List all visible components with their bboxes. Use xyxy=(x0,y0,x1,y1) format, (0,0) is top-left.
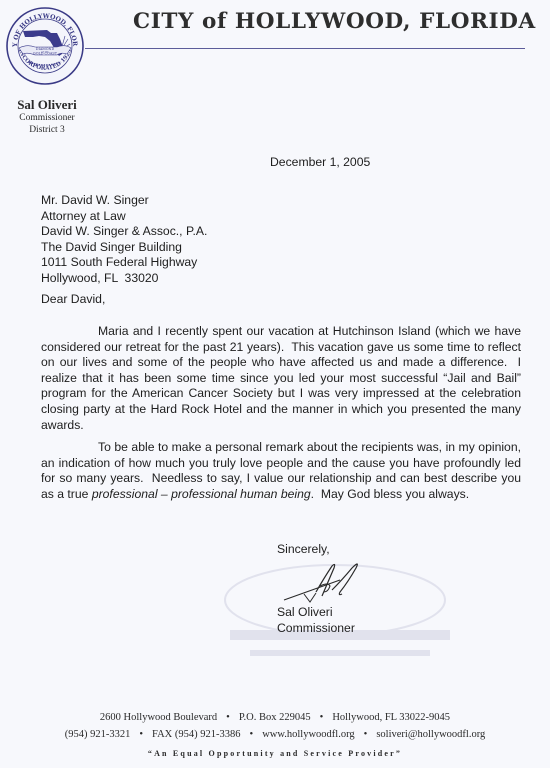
footer-street: 2600 Hollywood Boulevard xyxy=(100,712,217,723)
bullet-icon: • xyxy=(139,729,143,740)
sender-block: Sal Oliveri Commissioner District 3 xyxy=(0,97,86,136)
recipient-address: Mr. David W. Singer Attorney at Law Davi… xyxy=(41,193,207,287)
bullet-icon: • xyxy=(226,712,230,723)
footer-website[interactable]: www.hollywoodfl.org xyxy=(262,729,354,740)
footer-phone: (954) 921-3321 xyxy=(65,729,131,740)
bullet-icon: • xyxy=(364,729,368,740)
sender-title: Commissioner xyxy=(8,112,86,124)
footer-address-line: 2600 Hollywood Boulevard•P.O. Box 229045… xyxy=(0,712,550,723)
sender-district: District 3 xyxy=(8,124,86,136)
recipient-line: The David Singer Building xyxy=(41,240,207,256)
bullet-icon: • xyxy=(320,712,324,723)
recipient-line: 1011 South Federal Highway xyxy=(41,255,207,271)
city-seal-icon: CITY OF HOLLYWOOD, FLORIDA INCORPORATED … xyxy=(5,6,85,86)
letterhead-rule xyxy=(85,48,525,49)
bullet-icon: • xyxy=(250,729,254,740)
footer-email[interactable]: soliveri@hollywoodfl.org xyxy=(376,729,485,740)
signer-block: Sal Oliveri Commissioner xyxy=(277,605,355,636)
footer-contact-line: (954) 921-3321•FAX (954) 921-3386•www.ho… xyxy=(0,729,550,740)
letter-date: December 1, 2005 xyxy=(270,155,370,169)
paragraph-1: Maria and I recently spent our vacation … xyxy=(41,324,521,433)
footer-fax: FAX (954) 921-3386 xyxy=(152,729,240,740)
footer-tagline: “An Equal Opportunity and Service Provid… xyxy=(0,749,550,758)
paragraph-2-emphasis: professional – professional human being xyxy=(92,487,311,501)
recipient-line: Attorney at Law xyxy=(41,209,207,225)
signer-name: Sal Oliveri xyxy=(277,605,355,621)
sender-name: Sal Oliveri xyxy=(8,97,86,112)
paragraph-2-end: . May God bless you always. xyxy=(311,487,470,501)
footer-po-box: P.O. Box 229045 xyxy=(239,712,311,723)
footer-city: Hollywood, FL 33022-9045 xyxy=(332,712,450,723)
letterhead-title: CITY of HOLLYWOOD, FLORIDA xyxy=(133,9,536,34)
salutation: Dear David, xyxy=(41,292,105,306)
recipient-line: David W. Singer & Assoc., P.A. xyxy=(41,224,207,240)
letter-page: CITY OF HOLLYWOOD, FLORIDA INCORPORATED … xyxy=(0,0,550,768)
recipient-line: Hollywood, FL 33020 xyxy=(41,271,207,287)
signature-icon xyxy=(280,558,390,608)
paragraph-2: To be able to make a personal remark abo… xyxy=(41,440,521,502)
recipient-line: Mr. David W. Singer xyxy=(41,193,207,209)
closing: Sincerely, xyxy=(277,542,330,556)
svg-text:GOLD COAST: GOLD COAST xyxy=(33,52,58,56)
signer-title: Commissioner xyxy=(277,621,355,637)
